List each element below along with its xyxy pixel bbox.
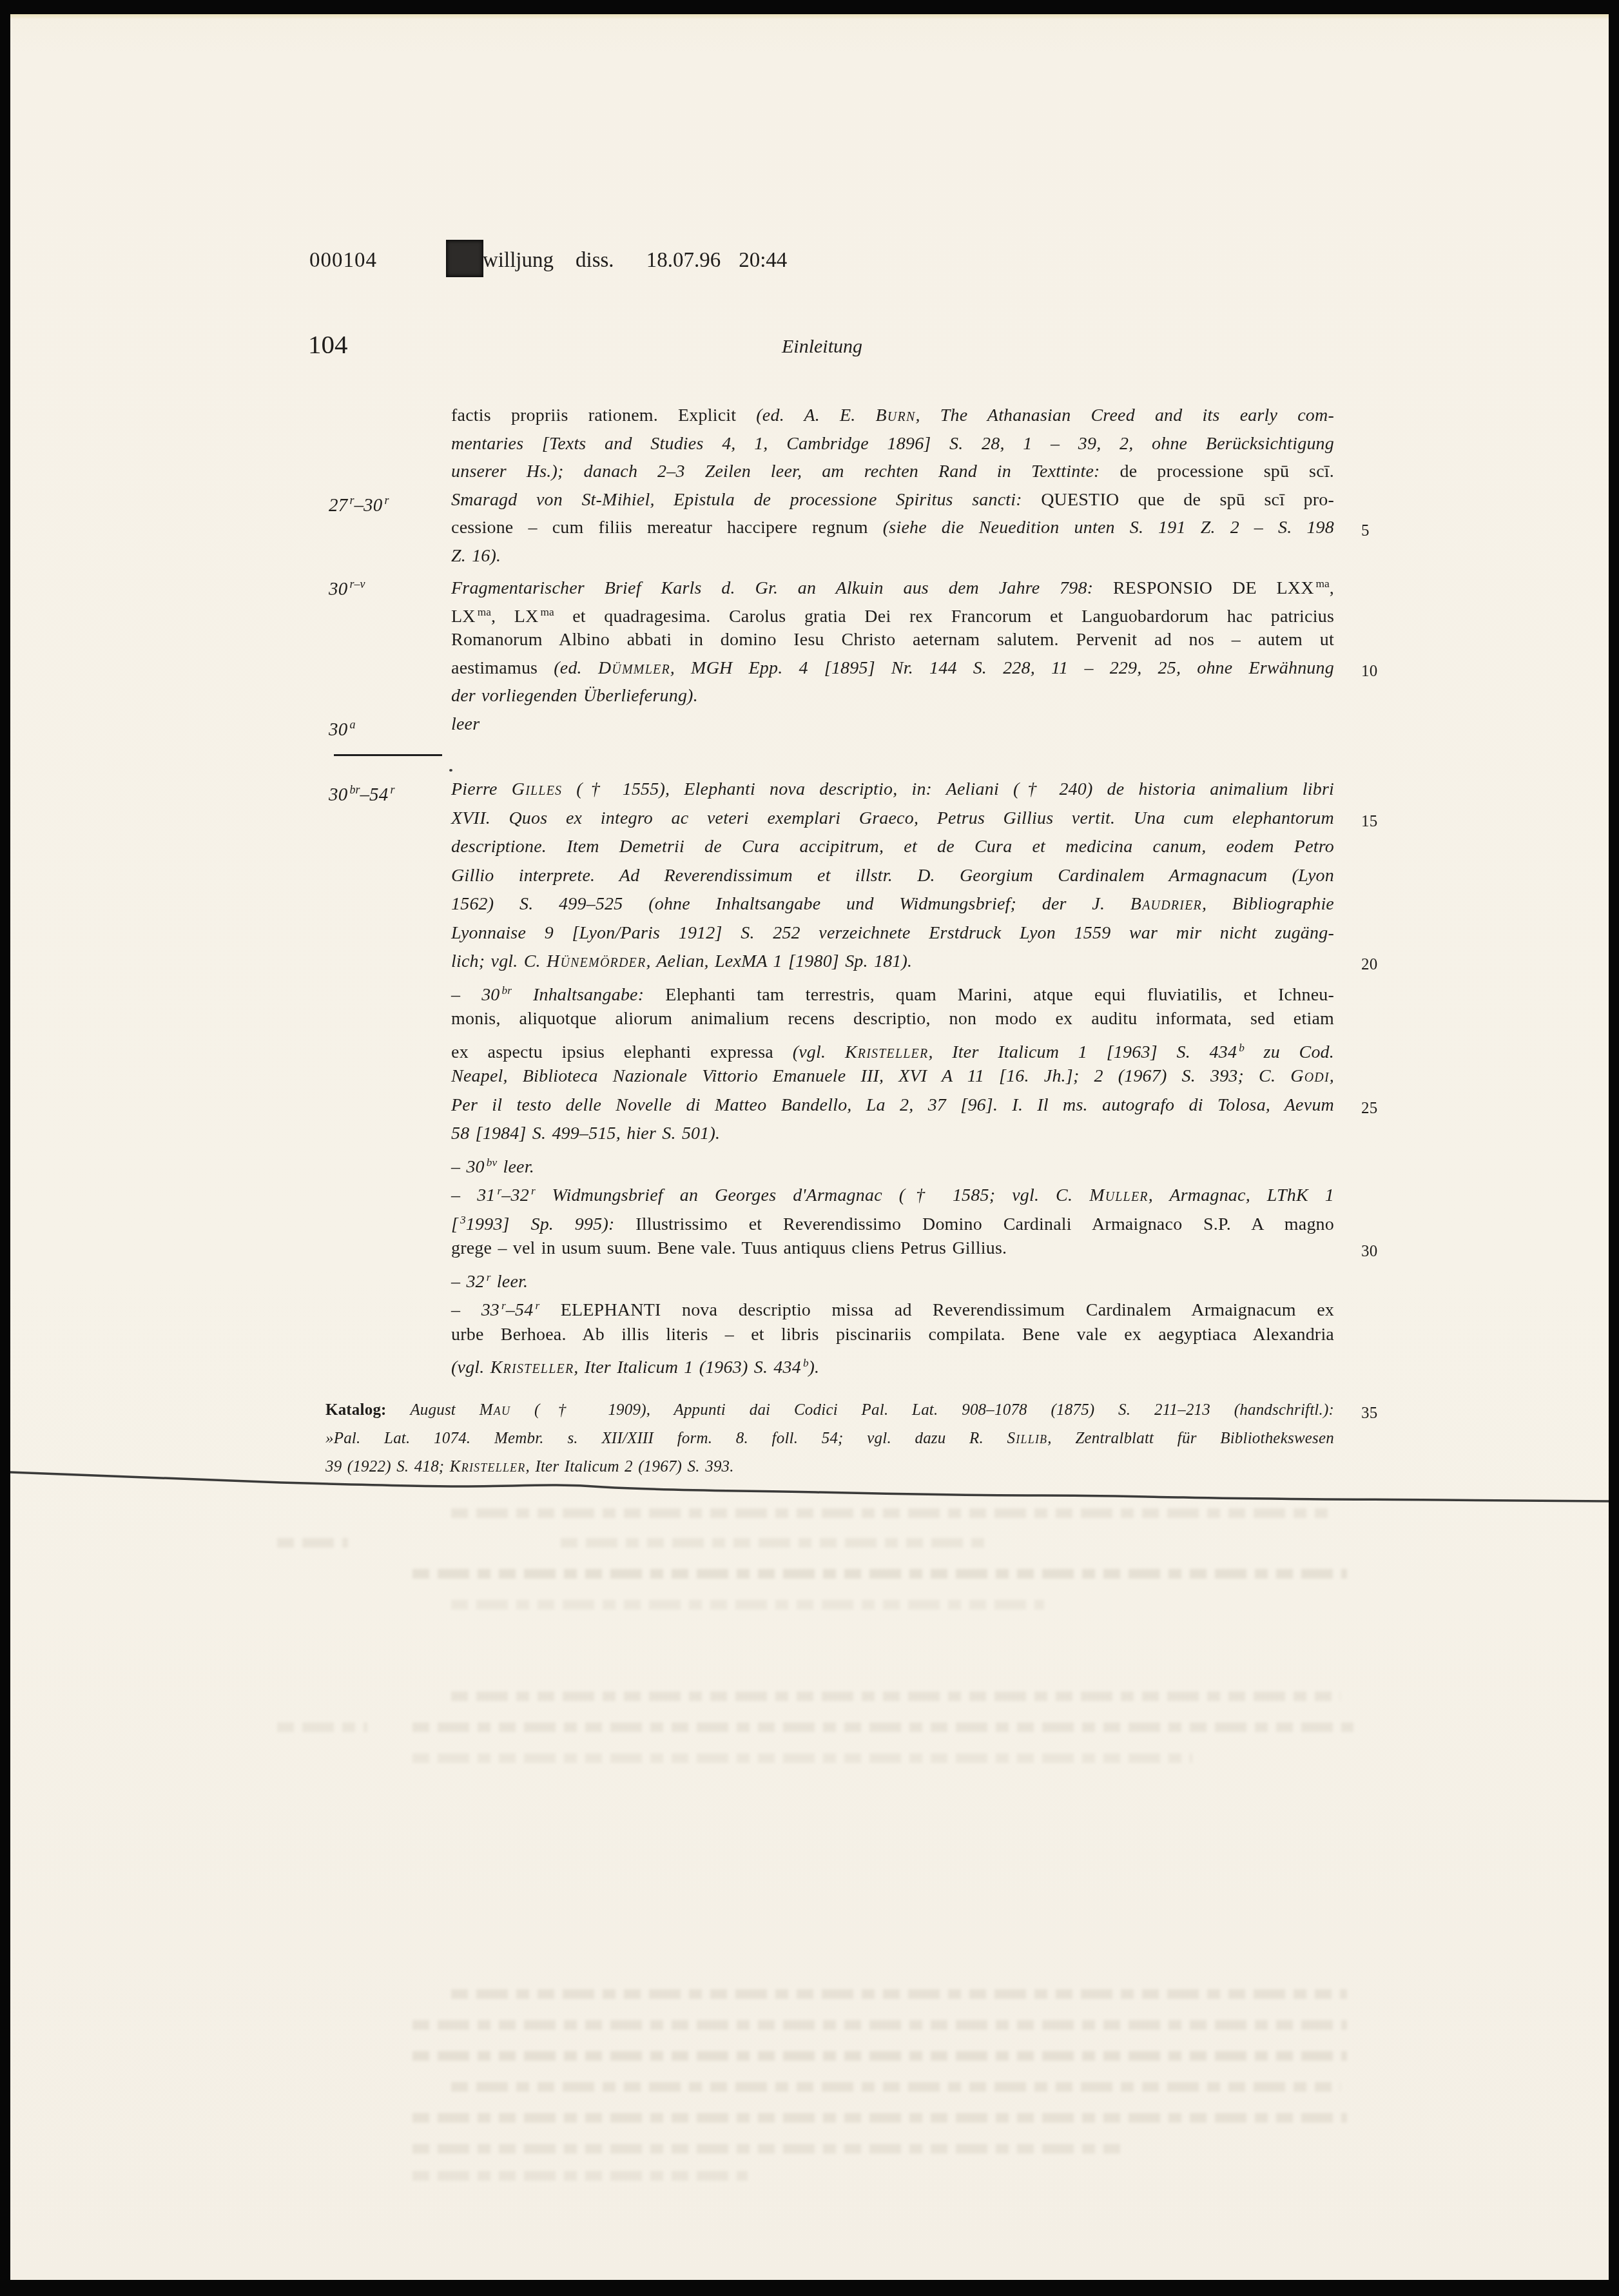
text-line: aestimamus (ed. Dümmler, MGH Epp. 4 [189… (10, 657, 1609, 684)
bleed-through-line (412, 2051, 1347, 2061)
line-text: [31993] Sp. 995): Illustrissimo et Rever… (451, 1209, 1334, 1236)
text-line: mentaries [Texts and Studies 4, 1, Cambr… (10, 433, 1609, 460)
text-line: Z. 16). (10, 545, 1609, 572)
text-line: grege – vel in usum suum. Bene vale. Tuu… (10, 1237, 1609, 1264)
text-line: – 33r–54r ELEPHANTI nova descriptio miss… (10, 1294, 1609, 1321)
text-line: descriptione. Item Demetrii de Cura acci… (10, 835, 1609, 862)
scanned-document-screenshot: 000104 willjungdiss.18.07.9620:44 104 Ei… (0, 0, 1619, 2296)
section-divider-rule (334, 754, 442, 756)
line-text: LXma, LXma et quadragesima. Carolus grat… (451, 601, 1334, 628)
text-line: 27r–30rSmaragd von St-Mihiel, Epistula d… (10, 489, 1609, 516)
line-text: Smaragd von St-Mihiel, Epistula de proce… (451, 489, 1334, 512)
line-text: 58 [1984] S. 499–515, hier S. 501). (451, 1122, 1334, 1145)
text-line: Neapel, Biblioteca Nazionale Vittorio Em… (10, 1065, 1609, 1092)
stamp-doctype: diss. (576, 249, 614, 273)
file-stamp: willjungdiss.18.07.9620:44 (483, 249, 787, 273)
line-number: 25 (1361, 1097, 1377, 1120)
text-line: Romanorum Albino abbati in domino Iesu C… (10, 628, 1609, 656)
text-line: LXma, LXma et quadragesima. Carolus grat… (10, 601, 1609, 628)
line-text: – 30bv leer. (451, 1151, 1334, 1179)
text-line: 30br–54rPierre Gilles († 1555), Elephant… (10, 778, 1609, 805)
line-text: Gillio interprete. Ad Reverendissimum et… (451, 864, 1334, 888)
line-text: der vorliegenden Überlieferung). (451, 685, 1334, 708)
text-line: ex aspectu ipsius elephanti expressa (vg… (10, 1036, 1609, 1064)
line-text: – 33r–54r ELEPHANTI nova descriptio miss… (451, 1294, 1334, 1322)
bleed-through-line (412, 2171, 748, 2181)
line-number: 20 (1361, 953, 1377, 977)
line-text: – 31r–32r Widmungsbrief an Georges d'Arm… (451, 1180, 1334, 1207)
line-text: Pierre Gilles († 1555), Elephanti nova d… (451, 778, 1334, 801)
text-line: Per il testo delle Novelle di Matteo Ban… (10, 1094, 1609, 1121)
text-line: – 31r–32r Widmungsbrief an Georges d'Arm… (10, 1180, 1609, 1207)
running-head: Einleitung (782, 336, 862, 358)
line-text: Romanorum Albino abbati in domino Iesu C… (451, 628, 1334, 652)
line-text: Z. 16). (451, 545, 1334, 568)
folio-label: 27r–30r (329, 489, 389, 517)
text-line: Katalog: August Mau († 1909), Appunti da… (10, 1399, 1609, 1426)
bleed-through-line (451, 1989, 1347, 1999)
bleed-through-line (412, 2020, 1347, 2030)
folio-label: 30a (329, 713, 355, 741)
bleed-through-line (451, 2082, 1341, 2092)
line-text: factis propriis rationem. Explicit (ed. … (451, 404, 1334, 427)
line-text: mentaries [Texts and Studies 4, 1, Cambr… (451, 433, 1334, 456)
text-line: 58 [1984] S. 499–515, hier S. 501). (10, 1122, 1609, 1149)
line-number: 5 (1361, 520, 1370, 543)
bleed-through-line (451, 1691, 1341, 1701)
bleed-through-line (451, 1508, 1328, 1518)
text-line: 30r–vFragmentarischer Brief Karls d. Gr.… (10, 572, 1609, 599)
line-text: XVII. Quos ex integro ac veteri exemplar… (451, 807, 1334, 830)
line-text: – 30br Inhaltsangabe: Elephanti tam terr… (451, 979, 1334, 1007)
text-line: [31993] Sp. 995): Illustrissimo et Rever… (10, 1209, 1609, 1236)
text-line: Gillio interprete. Ad Reverendissimum et… (10, 864, 1609, 891)
line-text: Katalog: August Mau († 1909), Appunti da… (325, 1399, 1334, 1422)
page-top-edge (10, 14, 1609, 19)
line-text: lich; vgl. C. Hünemörder, Aelian, LexMA … (451, 950, 1334, 973)
line-number: 15 (1361, 810, 1377, 833)
line-text: cessione – cum filiis mereatur haccipere… (451, 516, 1334, 540)
line-text: urbe Berhoea. Ab illis literis – et libr… (451, 1323, 1334, 1347)
line-number: 35 (1361, 1402, 1377, 1425)
text-line: unserer Hs.); danach 2–3 Zeilen leer, am… (10, 460, 1609, 487)
line-text: Lyonnaise 9 [Lyon/Paris 1912] S. 252 ver… (451, 922, 1334, 945)
text-line: »Pal. Lat. 1074. Membr. s. XII/XIII form… (10, 1427, 1609, 1454)
print-header: 000104 willjungdiss.18.07.9620:44 (10, 235, 1609, 280)
folio-label: 30r–v (329, 572, 365, 601)
text-line: 1562) S. 499–525 (ohne Inhaltsangabe und… (10, 893, 1609, 920)
text-line: cessione – cum filiis mereatur haccipere… (10, 516, 1609, 543)
bleed-through-line (412, 2144, 1121, 2154)
text-line: lich; vgl. C. Hünemörder, Aelian, LexMA … (10, 950, 1609, 977)
bleed-through-line (277, 1722, 367, 1732)
stamp-filename: willjung (483, 249, 554, 273)
bleed-through-line (561, 1538, 986, 1548)
line-text: unserer Hs.); danach 2–3 Zeilen leer, am… (451, 460, 1334, 483)
line-text: leer (451, 713, 1334, 736)
line-text: Neapel, Biblioteca Nazionale Vittorio Em… (451, 1065, 1334, 1088)
bleed-through-line (412, 1753, 1192, 1763)
text-line: 39 (1922) S. 418; Kristeller, Iter Itali… (10, 1455, 1609, 1483)
line-text: descriptione. Item Demetrii de Cura acci… (451, 835, 1334, 859)
scanned-page: 000104 willjungdiss.18.07.9620:44 104 Ei… (10, 14, 1609, 2280)
bleed-through-line (412, 1569, 1347, 1579)
line-text: 39 (1922) S. 418; Kristeller, Iter Itali… (325, 1455, 1334, 1479)
text-line: (vgl. Kristeller, Iter Italicum 1 (1963)… (10, 1352, 1609, 1379)
line-text: Per il testo delle Novelle di Matteo Ban… (451, 1094, 1334, 1117)
text-line: factis propriis rationem. Explicit (ed. … (10, 404, 1609, 431)
text-line: urbe Berhoea. Ab illis literis – et libr… (10, 1323, 1609, 1350)
text-line: – 30bv leer. (10, 1151, 1609, 1178)
line-text: »Pal. Lat. 1074. Membr. s. XII/XIII form… (325, 1427, 1334, 1450)
text-line: XVII. Quos ex integro ac veteri exemplar… (10, 807, 1609, 834)
page-number: 104 (308, 329, 348, 360)
text-line: Lyonnaise 9 [Lyon/Paris 1912] S. 252 ver… (10, 922, 1609, 949)
line-text: grege – vel in usum suum. Bene vale. Tuu… (451, 1237, 1334, 1260)
text-line: – 32r leer. (10, 1266, 1609, 1293)
text-line: – 30br Inhaltsangabe: Elephanti tam terr… (10, 979, 1609, 1006)
text-line: der vorliegenden Überlieferung). (10, 685, 1609, 712)
line-number: 30 (1361, 1240, 1377, 1263)
bleed-through-line (412, 2113, 1347, 2123)
scan-speck (449, 769, 452, 772)
stamp-date: 18.07.96 (646, 249, 721, 273)
line-text: aestimamus (ed. Dümmler, MGH Epp. 4 [189… (451, 657, 1334, 680)
folio-label: 30br–54r (329, 778, 395, 806)
line-number: 10 (1361, 660, 1377, 683)
line-text: monis, aliquotque aliorum animalium rece… (451, 1007, 1334, 1031)
bleed-through-line (412, 1722, 1353, 1732)
bleed-through-line (277, 1538, 348, 1548)
line-text: 1562) S. 499–525 (ohne Inhaltsangabe und… (451, 893, 1334, 916)
redaction-box (446, 240, 483, 277)
line-text: Fragmentarischer Brief Karls d. Gr. an A… (451, 572, 1334, 600)
line-text: ex aspectu ipsius elephanti expressa (vg… (451, 1036, 1334, 1064)
stamp-time: 20:44 (739, 249, 787, 273)
text-line: monis, aliquotque aliorum animalium rece… (10, 1007, 1609, 1035)
text-line: 30aleer (10, 713, 1609, 740)
line-text: (vgl. Kristeller, Iter Italicum 1 (1963)… (451, 1352, 1334, 1379)
line-text: – 32r leer. (451, 1266, 1334, 1294)
scan-corner-number: 000104 (309, 249, 377, 273)
bleed-through-line (451, 1600, 1044, 1610)
